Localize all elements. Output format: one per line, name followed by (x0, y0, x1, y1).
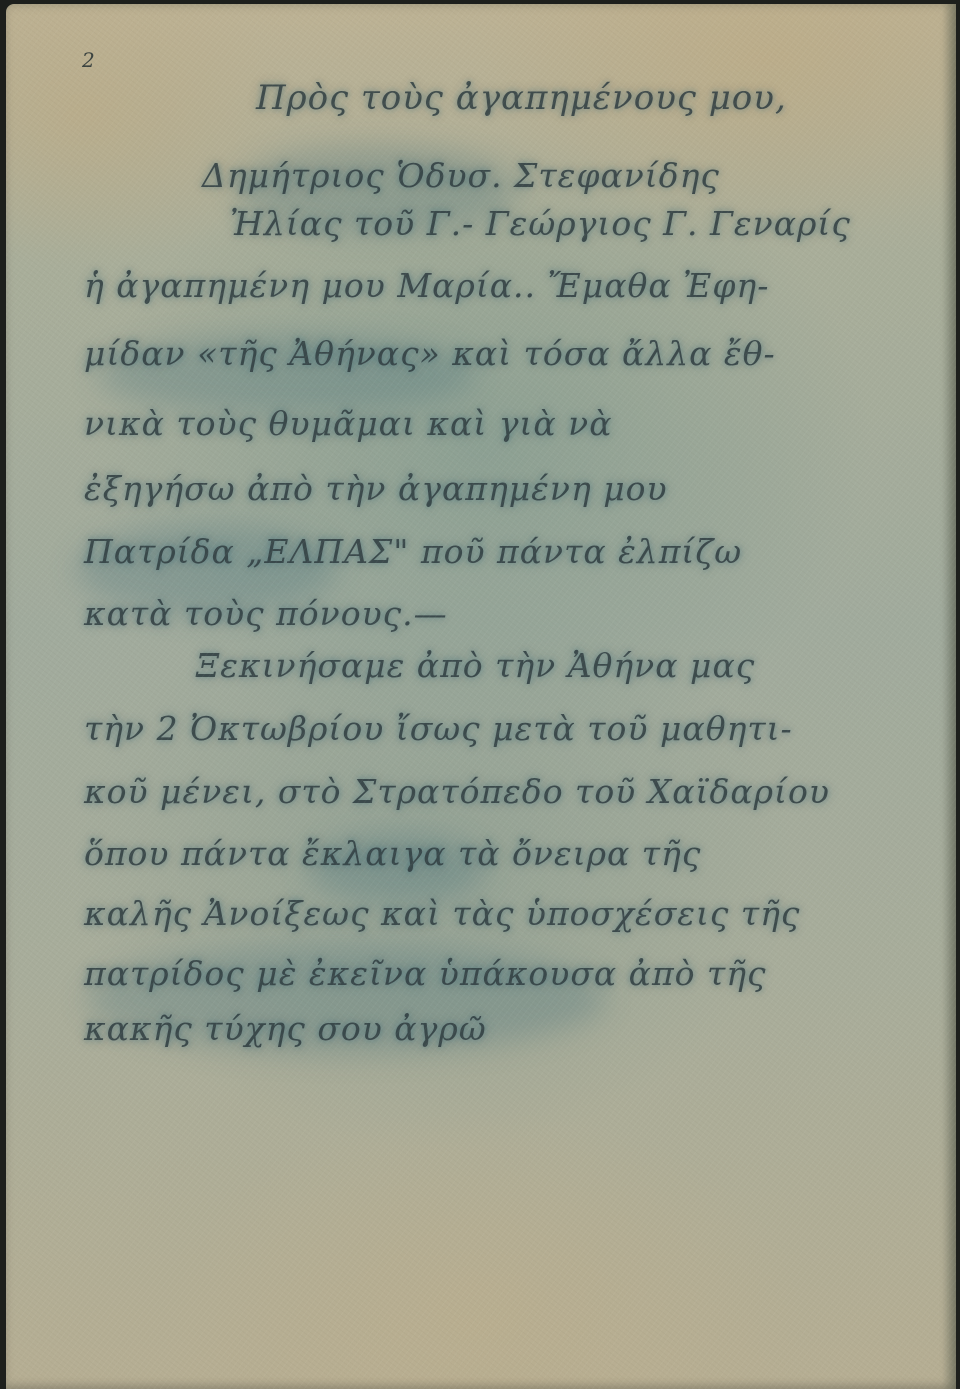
letter-line: Ξεκινήσαμε ἀπὸ τὴν Ἀθήνα μας (196, 646, 755, 685)
letter-line: κακῆς τύχης σου ἀγρῶ (84, 1009, 487, 1048)
letter-line: ἐξηγήσω ἀπὸ τὴν ἀγαπημένη μου (84, 469, 668, 508)
letter-line: Πατρίδα „ΕΛΠΑΣ" ποῦ πάντα ἐλπίζω (84, 532, 742, 571)
letter-page: 2 Πρὸς τοὺς ἀγαπημένους μου, Δημήτριος Ὁ… (6, 4, 956, 1389)
letter-line: μίδαν «τῆς Ἀθήνας» καὶ τόσα ἄλλα ἔθ- (84, 334, 776, 373)
letter-line: τὴν 2 Ὀκτωβρίου ἴσως μετὰ τοῦ μαθητι- (84, 709, 793, 748)
letter-line: κοῦ μένει, στὸ Στρατόπεδο τοῦ Χαϊδαρίου (84, 772, 830, 811)
page-number: 2 (82, 48, 95, 72)
letter-line: Ἠλίας τοῦ Γ.- Γεώργιος Γ. Γεναρίς (230, 204, 851, 243)
letter-line: κατὰ τοὺς πόνους.— (84, 594, 448, 633)
salutation: Πρὸς τοὺς ἀγαπημένους μου, (256, 78, 787, 118)
letter-line: πατρίδος μὲ ἐκεῖνα ὑπάκουσα ἀπὸ τῆς (84, 954, 767, 993)
page-edge-shadow (942, 4, 956, 1389)
letter-line: ἡ ἀγαπημένη μου Μαρία.. Ἔμαθα Ἐφη- (84, 266, 769, 305)
letter-line: νικὰ τοὺς θυμᾶμαι καὶ γιὰ νὰ (84, 404, 613, 443)
letter-line: Δημήτριος Ὁδυσ. Στεφανίδης (202, 156, 720, 195)
letter-line: ὅπου πάντα ἔκλαιγα τὰ ὄνειρα τῆς (84, 834, 701, 873)
letter-line: καλῆς Ἀνοίξεως καὶ τὰς ὑποσχέσεις τῆς (84, 894, 800, 933)
